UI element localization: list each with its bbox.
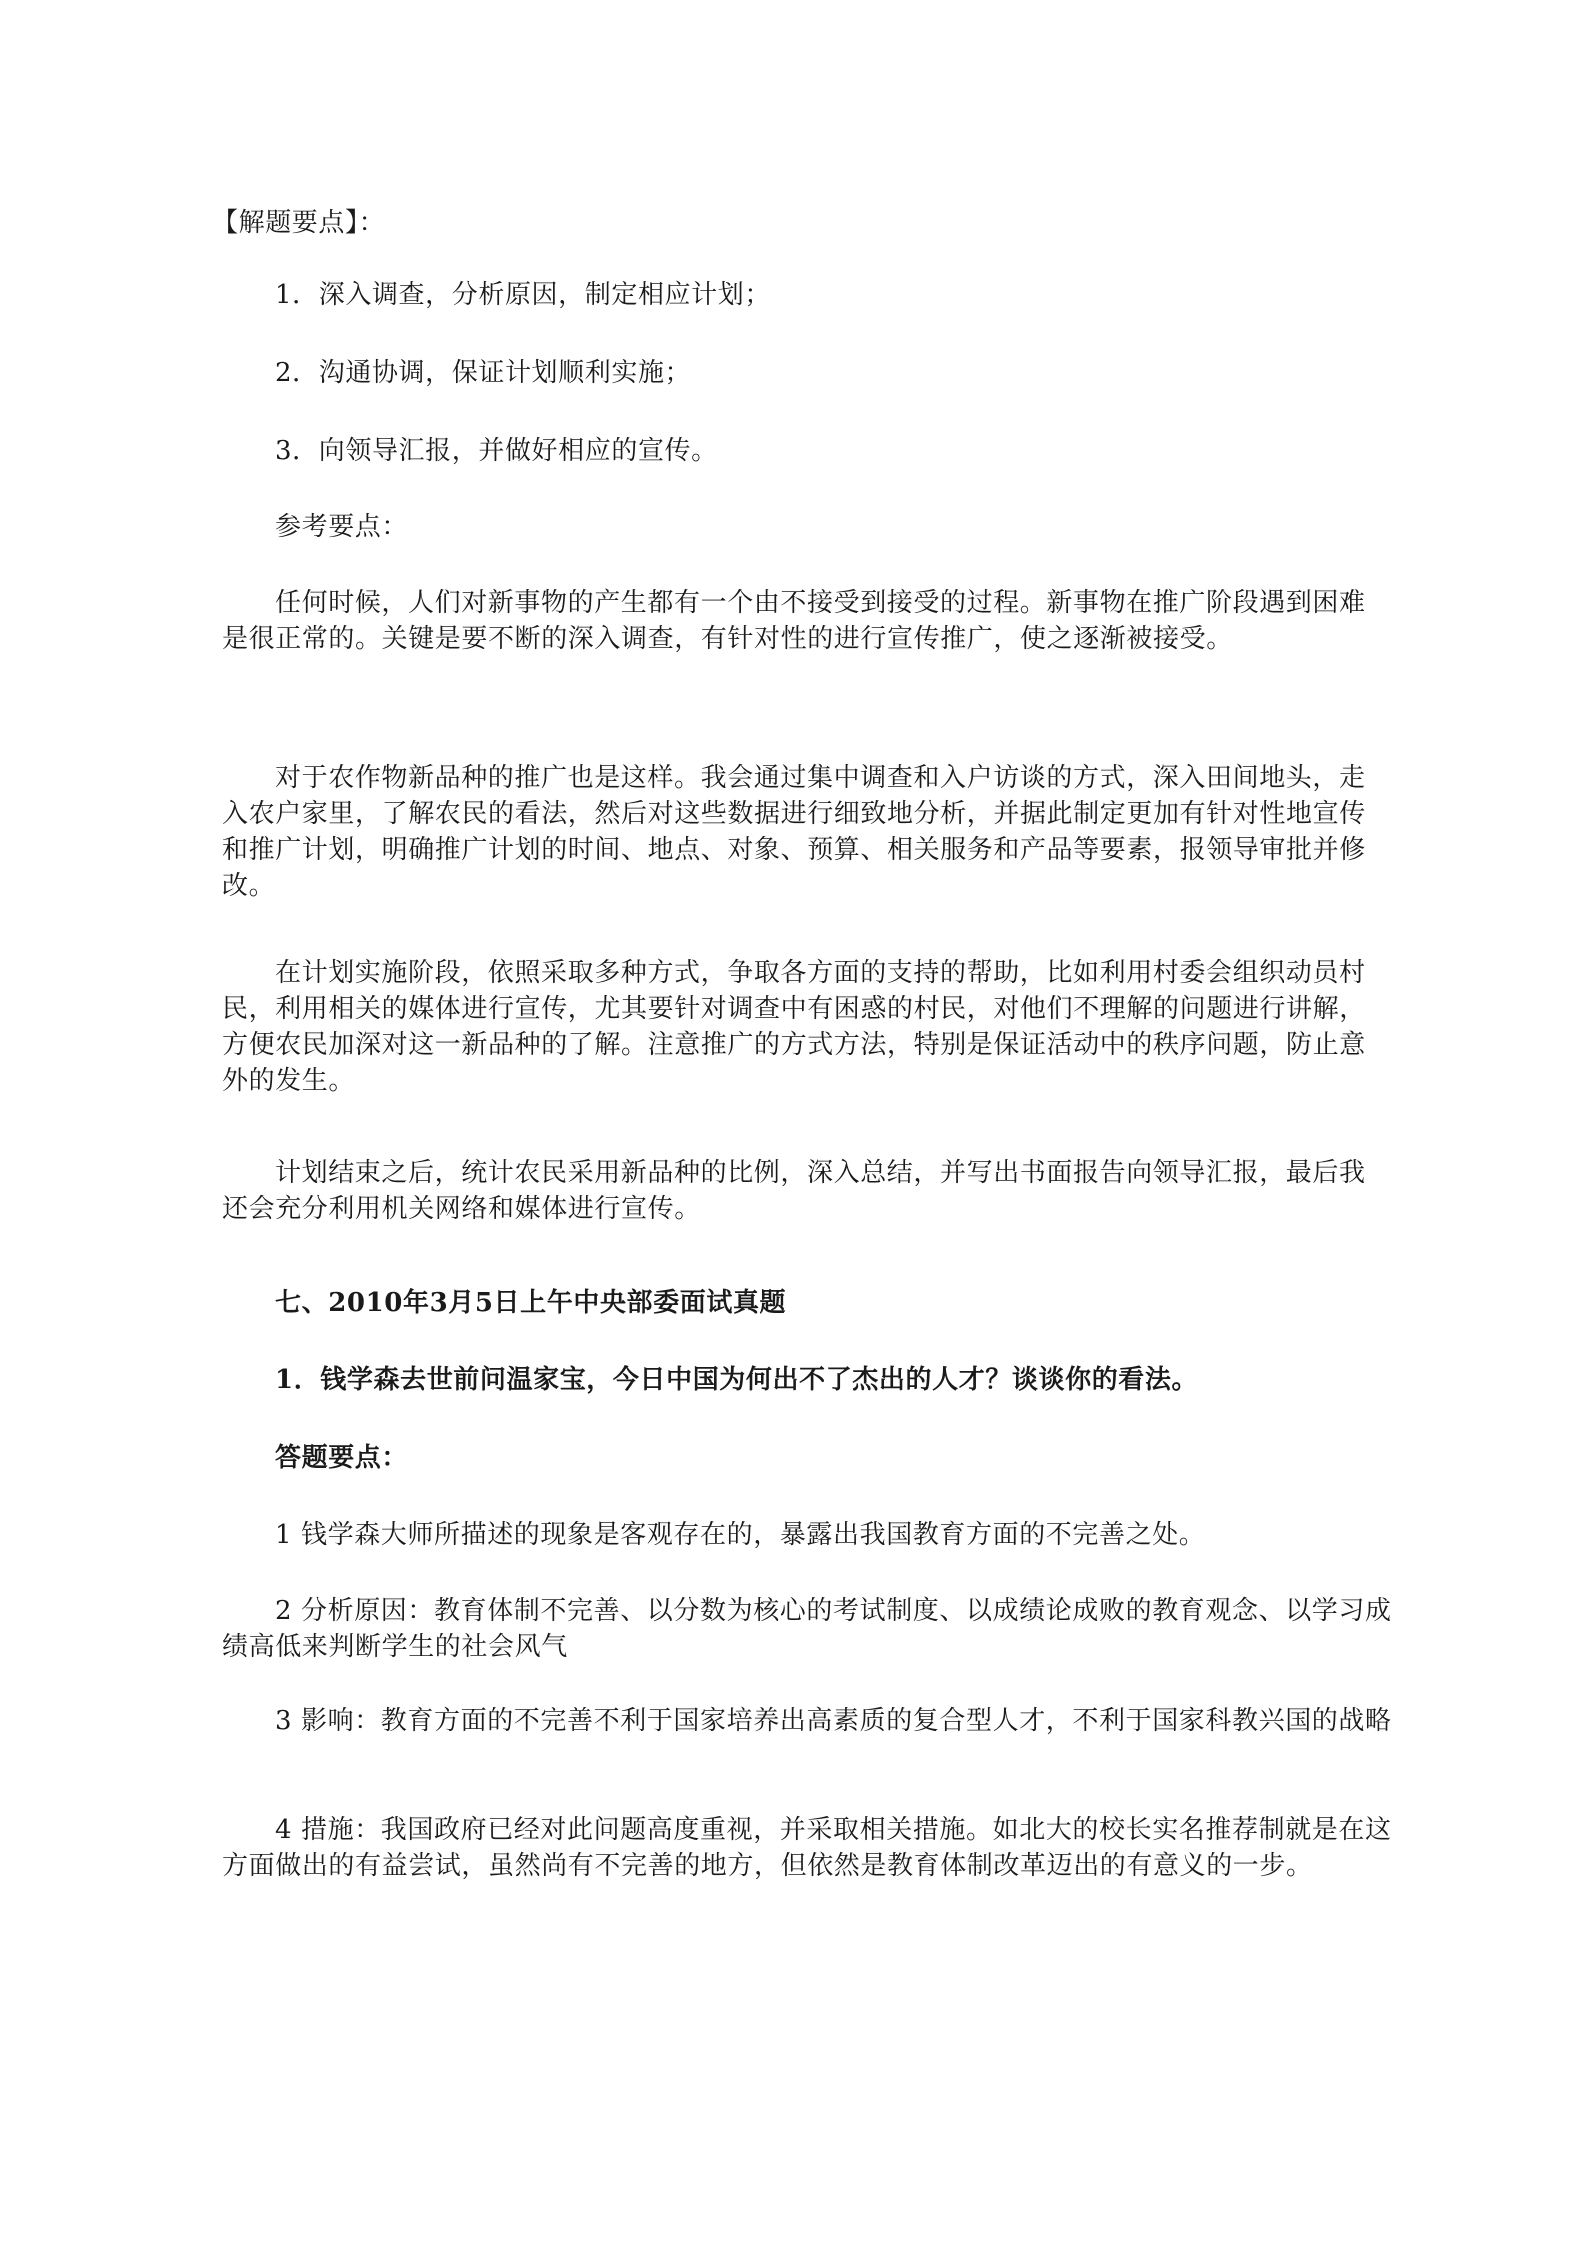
reference-paragraph-3: 在计划实施阶段，依照采取多种方式，争取各方面的支持的帮助，比如利用村委会组织动员… — [222, 955, 1392, 1099]
answer-point-3: 3 影响：教育方面的不完善不利于国家培养出高素质的复合型人才，不利于国家科教兴国… — [222, 1703, 1392, 1739]
solution-point-3: 3．向领导汇报，并做好相应的宣传。 — [222, 433, 1392, 469]
reference-points-heading: 参考要点： — [222, 509, 1392, 545]
reference-paragraph-2: 对于农作物新品种的推广也是这样。我会通过集中调查和入户访谈的方式，深入田间地头，… — [222, 760, 1392, 904]
solution-points-heading: 【解题要点】： — [212, 205, 1382, 241]
answer-points-heading: 答题要点： — [222, 1440, 1392, 1476]
reference-paragraph-1: 任何时候，人们对新事物的产生都有一个由不接受到接受的过程。新事物在推广阶段遇到困… — [222, 585, 1392, 657]
solution-point-2: 2．沟通协调，保证计划顺利实施； — [222, 355, 1392, 391]
answer-point-1: 1 钱学森大师所描述的现象是客观存在的，暴露出我国教育方面的不完善之处。 — [222, 1517, 1392, 1553]
answer-point-4: 4 措施：我国政府已经对此问题高度重视，并采取相关措施。如北大的校长实名推荐制就… — [222, 1812, 1392, 1884]
answer-point-2: 2 分析原因：教育体制不完善、以分数为核心的考试制度、以成绩论成败的教育观念、以… — [222, 1593, 1392, 1665]
reference-paragraph-4: 计划结束之后，统计农民采用新品种的比例，深入总结，并写出书面报告向领导汇报，最后… — [222, 1155, 1392, 1227]
section-title: 七、2010年3月5日上午中央部委面试真题 — [222, 1285, 1392, 1321]
interview-question: 1．钱学森去世前问温家宝，今日中国为何出不了杰出的人才？谈谈你的看法。 — [222, 1362, 1392, 1398]
solution-point-1: 1．深入调查，分析原因，制定相应计划； — [222, 277, 1392, 313]
